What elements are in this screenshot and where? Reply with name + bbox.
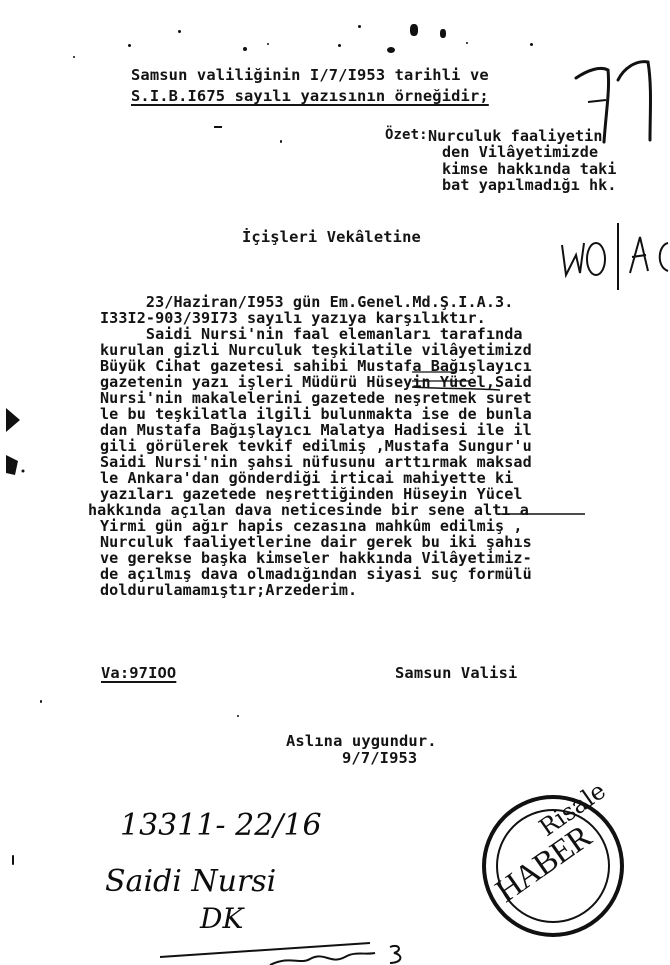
risale-haber-stamp: Risale HABER [482,795,624,937]
handwritten-file-number: 13311- 22/16 [120,808,322,843]
handwritten-signature-line [150,925,400,965]
handwritten-name: Saidi Nursi [105,864,276,899]
signatory: Samsun Valisi [395,664,517,682]
reference-number: Va:97IOO [101,664,176,682]
certification-date: 9/7/I953 [342,749,417,767]
certification-text: Aslına uygundur. [286,732,437,750]
